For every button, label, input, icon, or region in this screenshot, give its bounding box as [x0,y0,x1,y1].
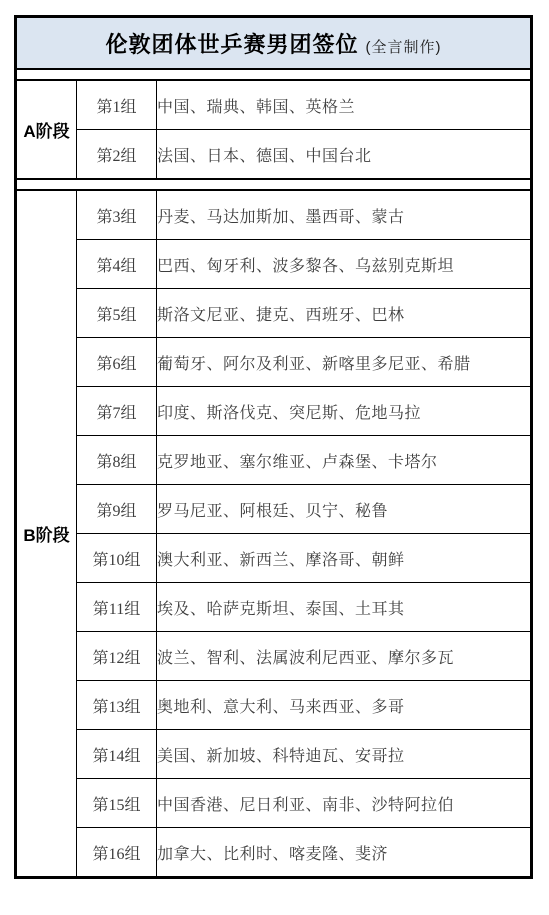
teams-cell: 澳大利亚、新西兰、摩洛哥、朝鲜 [157,534,532,583]
draw-table: 伦敦团体世乒赛男团签位(全言制作) A阶段 第1组 中国、瑞典、韩国、英格兰 第… [14,15,533,879]
separator-row [16,179,532,190]
separator-cell [16,179,532,190]
table-title-cell: 伦敦团体世乒赛男团签位(全言制作) [16,17,532,70]
group-name-cell: 第8组 [77,436,157,485]
teams-cell: 克罗地亚、塞尔维亚、卢森堡、卡塔尔 [157,436,532,485]
group-name-cell: 第10组 [77,534,157,583]
table-row: 第6组 葡萄牙、阿尔及利亚、新喀里多尼亚、希腊 [16,338,532,387]
table-row: 第15组 中国香港、尼日利亚、南非、沙特阿拉伯 [16,779,532,828]
table-row: 第5组 斯洛文尼亚、捷克、西班牙、巴林 [16,289,532,338]
teams-cell: 中国、瑞典、韩国、英格兰 [157,80,532,130]
table-row: 第14组 美国、新加坡、科特迪瓦、安哥拉 [16,730,532,779]
group-name-cell: 第4组 [77,240,157,289]
page: 伦敦团体世乒赛男团签位(全言制作) A阶段 第1组 中国、瑞典、韩国、英格兰 第… [0,0,549,879]
group-name-cell: 第7组 [77,387,157,436]
separator-cell [16,69,532,80]
group-name-cell: 第5组 [77,289,157,338]
group-name-cell: 第6组 [77,338,157,387]
group-name-cell: 第11组 [77,583,157,632]
teams-cell: 丹麦、马达加斯加、墨西哥、蒙古 [157,190,532,240]
table-row: 第9组 罗马尼亚、阿根廷、贝宁、秘鲁 [16,485,532,534]
group-name-cell: 第12组 [77,632,157,681]
table-row: 第16组 加拿大、比利时、喀麦隆、斐济 [16,828,532,878]
teams-cell: 中国香港、尼日利亚、南非、沙特阿拉伯 [157,779,532,828]
table-row: 第2组 法国、日本、德国、中国台北 [16,130,532,180]
teams-cell: 法国、日本、德国、中国台北 [157,130,532,180]
teams-cell: 印度、斯洛伐克、突尼斯、危地马拉 [157,387,532,436]
table-row: 第4组 巴西、匈牙利、波多黎各、乌兹别克斯坦 [16,240,532,289]
teams-cell: 巴西、匈牙利、波多黎各、乌兹别克斯坦 [157,240,532,289]
title-row: 伦敦团体世乒赛男团签位(全言制作) [16,17,532,70]
group-name-cell: 第13组 [77,681,157,730]
group-name-cell: 第9组 [77,485,157,534]
teams-cell: 罗马尼亚、阿根廷、贝宁、秘鲁 [157,485,532,534]
group-name-cell: 第14组 [77,730,157,779]
title-credit: (全言制作) [366,39,442,56]
table-row: B阶段 第3组 丹麦、马达加斯加、墨西哥、蒙古 [16,190,532,240]
table-row: 第7组 印度、斯洛伐克、突尼斯、危地马拉 [16,387,532,436]
teams-cell: 埃及、哈萨克斯坦、泰国、土耳其 [157,583,532,632]
teams-cell: 美国、新加坡、科特迪瓦、安哥拉 [157,730,532,779]
teams-cell: 奥地利、意大利、马来西亚、多哥 [157,681,532,730]
group-name-cell: 第2组 [77,130,157,180]
table-row: 第11组 埃及、哈萨克斯坦、泰国、土耳其 [16,583,532,632]
group-name-cell: 第1组 [77,80,157,130]
teams-cell: 波兰、智利、法属波利尼西亚、摩尔多瓦 [157,632,532,681]
page-title: 伦敦团体世乒赛男团签位 [105,32,358,57]
teams-cell: 葡萄牙、阿尔及利亚、新喀里多尼亚、希腊 [157,338,532,387]
group-name-cell: 第3组 [77,190,157,240]
table-row: 第13组 奥地利、意大利、马来西亚、多哥 [16,681,532,730]
stage-a-cell: A阶段 [16,80,77,179]
table-row: A阶段 第1组 中国、瑞典、韩国、英格兰 [16,80,532,130]
teams-cell: 加拿大、比利时、喀麦隆、斐济 [157,828,532,878]
separator-row [16,69,532,80]
stage-b-cell: B阶段 [16,190,77,878]
table-row: 第10组 澳大利亚、新西兰、摩洛哥、朝鲜 [16,534,532,583]
group-name-cell: 第16组 [77,828,157,878]
table-row: 第12组 波兰、智利、法属波利尼西亚、摩尔多瓦 [16,632,532,681]
table-row: 第8组 克罗地亚、塞尔维亚、卢森堡、卡塔尔 [16,436,532,485]
group-name-cell: 第15组 [77,779,157,828]
teams-cell: 斯洛文尼亚、捷克、西班牙、巴林 [157,289,532,338]
